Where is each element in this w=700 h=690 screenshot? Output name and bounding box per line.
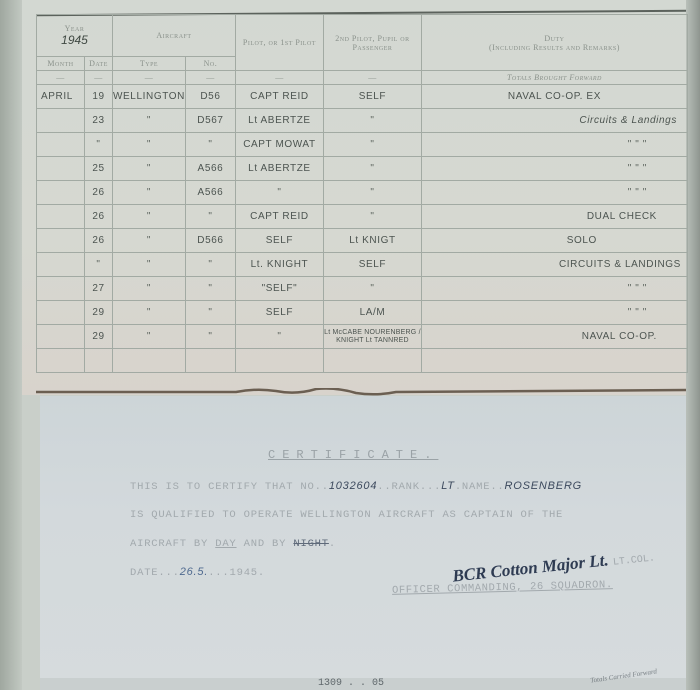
- certificate-line-2: IS QUALIFIED TO OPERATE WELLINGTON AIRCR…: [130, 509, 563, 521]
- table-row: APRIL 19 WELLINGTON D56 CAPT REID SELF N…: [37, 85, 688, 109]
- totals-carried-value: 1309 . . 05: [318, 678, 384, 689]
- table-row: 29 " " SELF LA/M " " ": [37, 301, 688, 325]
- aircraft-header: Aircraft: [113, 15, 236, 57]
- totals-brought-forward: Totals Brought Forward: [421, 71, 687, 85]
- date-value: 26.5.: [180, 566, 208, 578]
- book-spine-edge: [0, 0, 22, 690]
- table-row: 25 " A566 Lt ABERTZE " " " ": [37, 157, 688, 181]
- certificate-date-line: DATE...26.5....1945.: [130, 566, 265, 579]
- table-row: 26 " A566 " " " " ": [37, 181, 688, 205]
- table-row: " " " Lt. KNIGHT SELF CIRCUITS & LANDING…: [37, 253, 688, 277]
- day-qualifier: DAY: [215, 538, 236, 550]
- table-row: 29 " " " Lt McCABE NOURENBERG / KNIGHT L…: [37, 325, 688, 349]
- pasted-paper-edge: [36, 388, 686, 396]
- certificate-title: CERTIFICATE.: [268, 448, 438, 462]
- duty-header: Duty (Including Results and Remarks): [421, 15, 687, 71]
- table-row: 27 " " "SELF" " " " ": [37, 277, 688, 301]
- table-row: " " " CAPT MOWAT " " " ": [37, 133, 688, 157]
- table-row: 26 " " CAPT REID " DUAL CHECK: [37, 205, 688, 229]
- year-value: 1945: [37, 33, 112, 47]
- number-header: No.: [185, 57, 235, 71]
- service-number: 1032604: [329, 480, 377, 492]
- officer-commanding-line: OFFICER COMMANDING, 26 SQUADRON.: [392, 579, 613, 597]
- date-header: Date: [85, 57, 113, 71]
- year-header: Year 1945: [37, 15, 113, 57]
- night-struck-out: NIGHT: [293, 538, 329, 550]
- totals-row: —————— Totals Brought Forward: [37, 71, 688, 85]
- flight-log-table: Year 1945 Aircraft Pilot, or 1st Pilot 2…: [36, 14, 688, 373]
- table-row: 26 " D566 SELF Lt KNIGT SOLO: [37, 229, 688, 253]
- second-pilot-header: 2nd Pilot, Pupil or Passenger: [323, 15, 421, 71]
- rank-value: LT: [441, 480, 455, 492]
- page-stack-edge: [686, 0, 700, 690]
- certificate-slip: CERTIFICATE. THIS IS TO CERTIFY THAT NO.…: [40, 396, 686, 690]
- header-row: Year 1945 Aircraft Pilot, or 1st Pilot 2…: [37, 15, 688, 57]
- table-row: 23 " D567 Lt ABERTZE " Circuits & Landin…: [37, 109, 688, 133]
- table-row: [37, 349, 688, 373]
- name-value: ROSENBERG: [505, 480, 583, 492]
- pilot-header: Pilot, or 1st Pilot: [235, 15, 323, 71]
- certificate-line-3: AIRCRAFT BY DAY AND BY NIGHT.: [130, 538, 336, 550]
- type-header: Type: [113, 57, 186, 71]
- certificate-line-1: THIS IS TO CERTIFY THAT NO..1032604..RAN…: [130, 480, 582, 493]
- month-header: Month: [37, 57, 85, 71]
